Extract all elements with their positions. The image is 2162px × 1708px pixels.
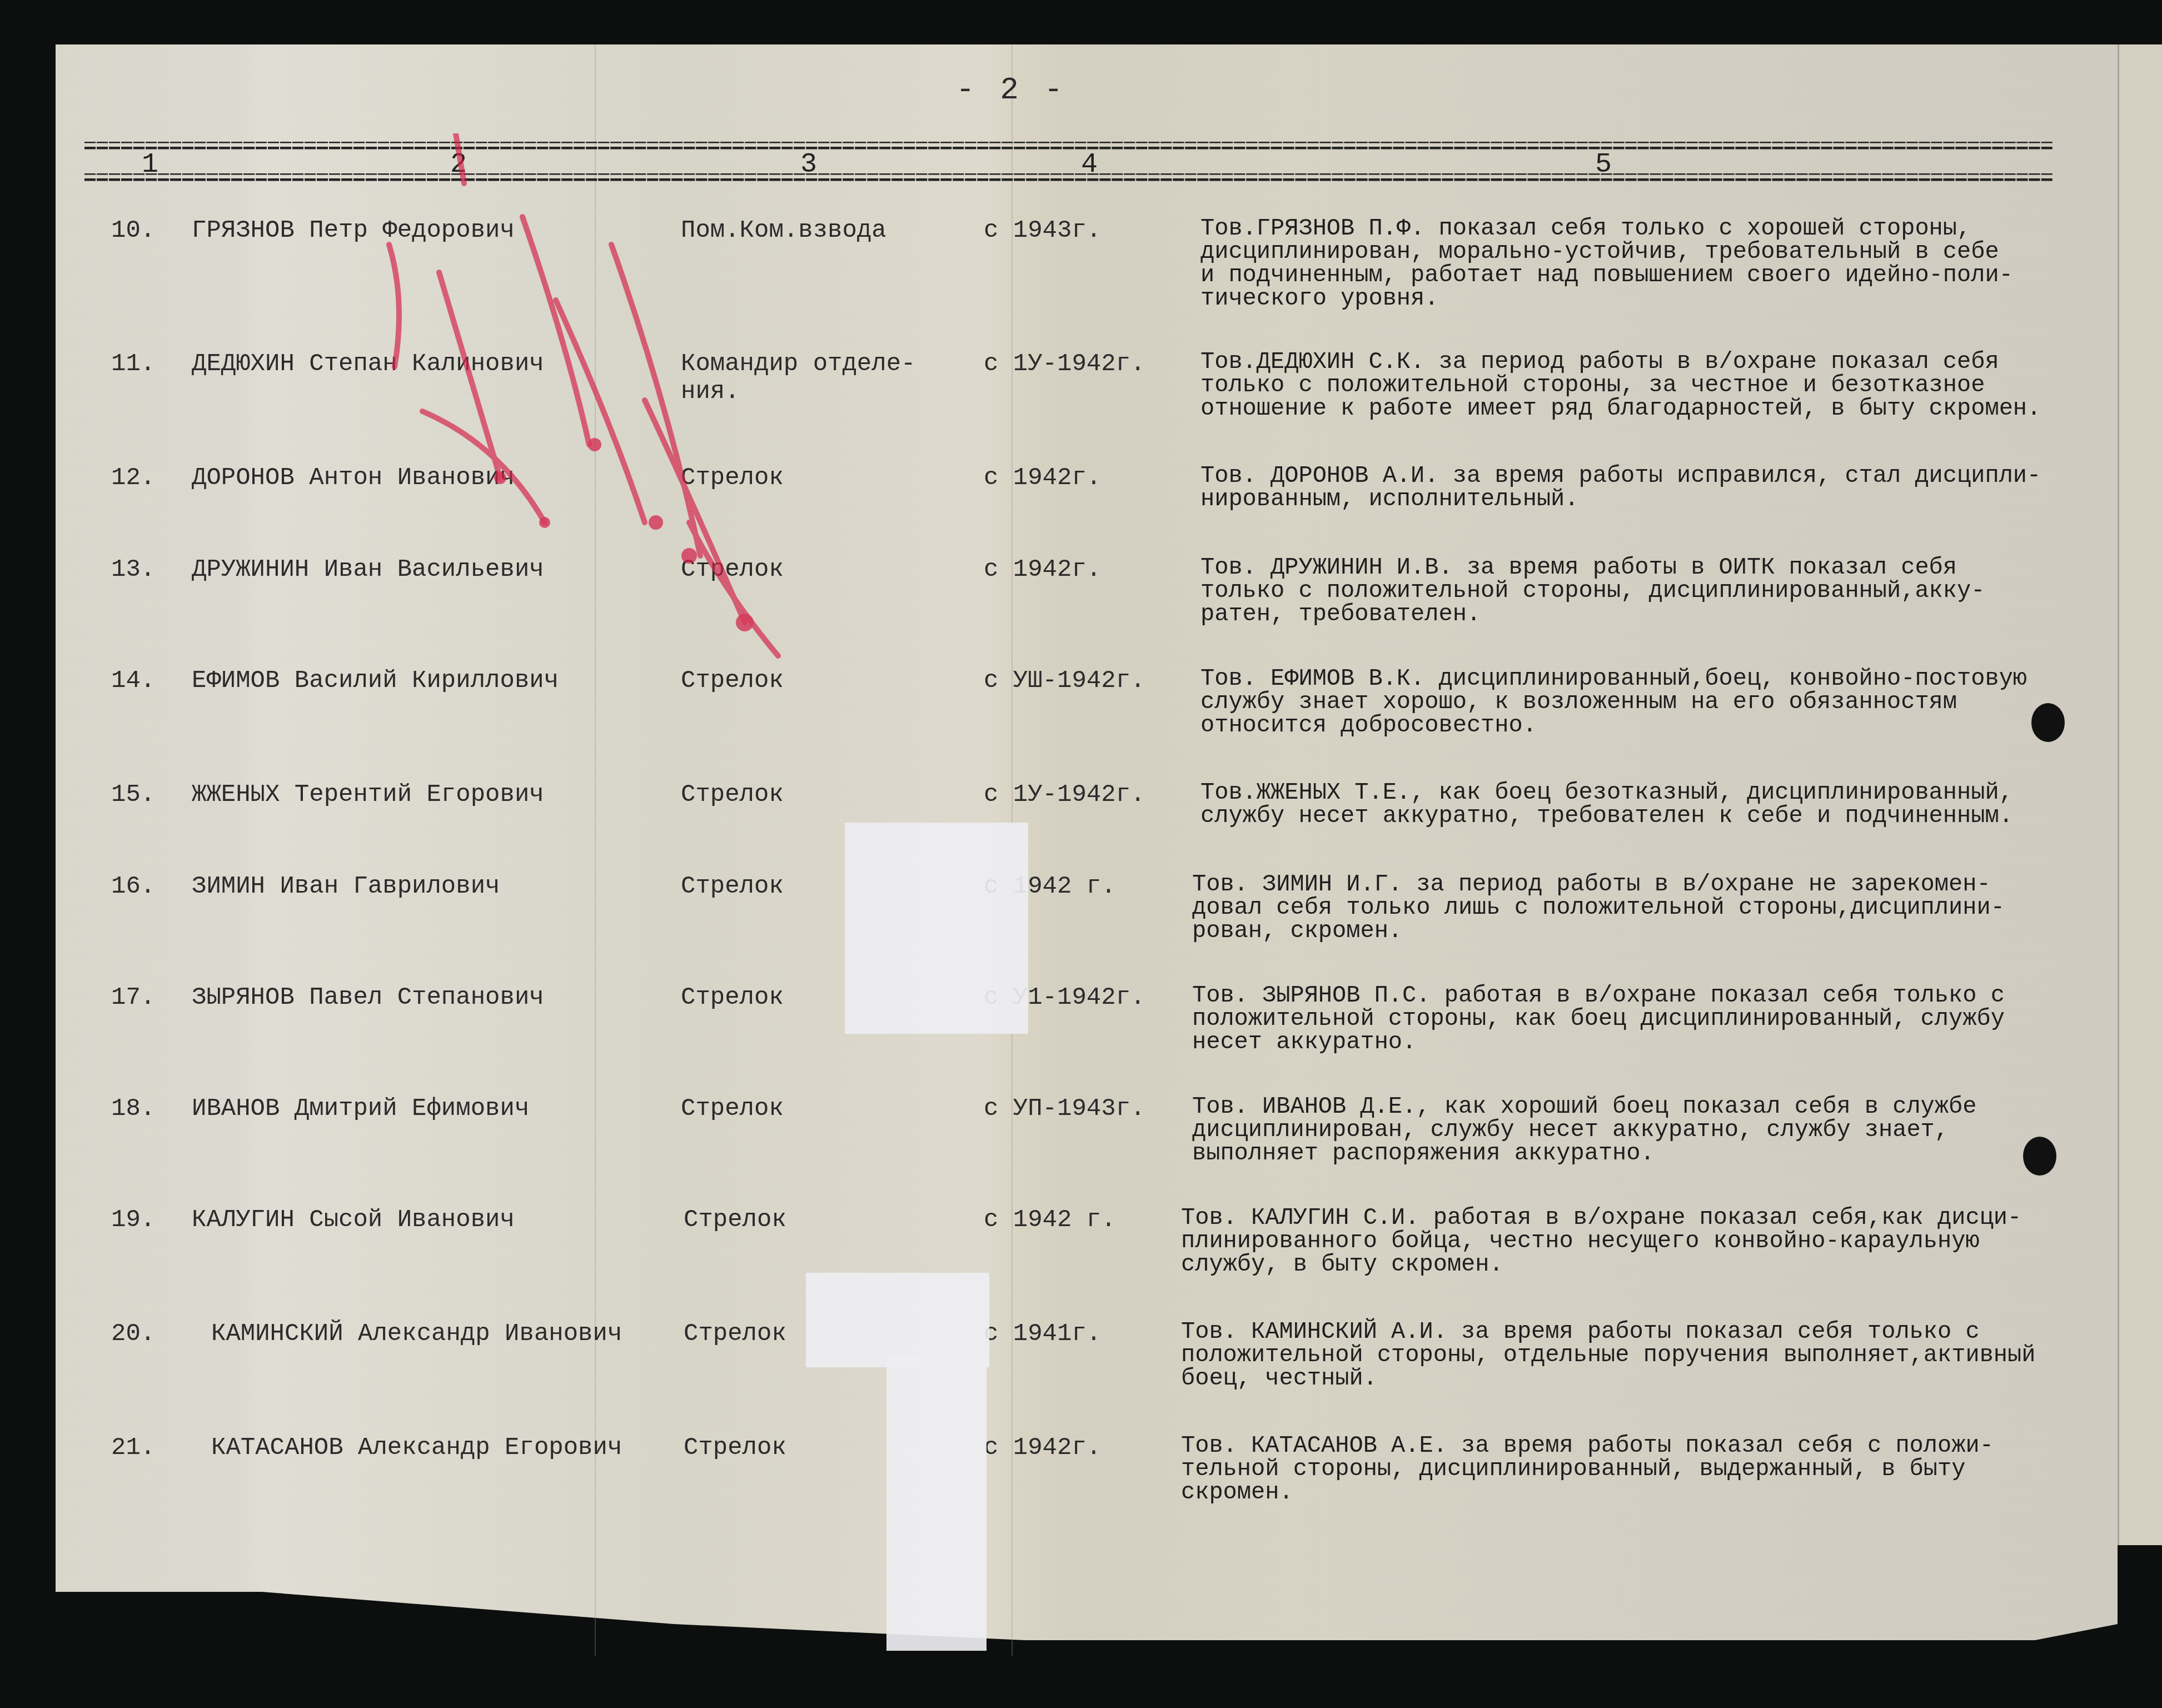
position: Пом.Ком.взвода	[681, 217, 886, 245]
person-name: КАЛУГИН Сысой Иванович	[192, 1206, 515, 1234]
position: Стрелок	[681, 781, 784, 809]
service-since: с 1942г.	[984, 556, 1101, 584]
position: Стрелок	[681, 984, 784, 1012]
characteristic: Тов.ЖЖЕНЫХ Т.Е., как боец безотказный, д…	[1200, 781, 2123, 828]
row-number: 16.	[111, 873, 155, 900]
position: Стрелок	[681, 667, 784, 695]
row-number: 17.	[111, 984, 155, 1012]
characteristic: Тов. КАЛУГИН С.И. работая в в/охране пок…	[1181, 1206, 2104, 1276]
person-name: ДРУЖИНИН Иван Васильевич	[192, 556, 544, 584]
characteristic: Тов. ДОРОНОВ А.И. за время работы исправ…	[1200, 464, 2123, 511]
characteristic: Тов. ИВАНОВ Д.Е., как хороший боец показ…	[1192, 1095, 2115, 1165]
row-number: 21.	[111, 1434, 155, 1462]
tape-patch	[845, 823, 1028, 1034]
characteristic: Тов. КАМИНСКИЙ А.И. за время работы пока…	[1181, 1320, 2104, 1390]
position: Командир отделе- ния.	[681, 350, 915, 406]
characteristic: Тов.ДЕДЮХИН С.К. за период работы в в/ох…	[1200, 350, 2123, 420]
row-number: 19.	[111, 1206, 155, 1234]
adjacent-page-edge	[2118, 44, 2162, 1545]
row-number: 20.	[111, 1320, 155, 1348]
person-name: ЖЖЕНЫХ Терентий Егорович	[192, 781, 544, 809]
service-since: с 1У-1942г.	[984, 350, 1145, 378]
service-since: с 1У-1942г.	[984, 781, 1145, 809]
position: Стрелок	[681, 873, 784, 900]
service-since: с 1942г.	[984, 464, 1101, 492]
characteristic: Тов.ГРЯЗНОВ П.Ф. показал себя только с х…	[1200, 217, 2123, 310]
person-name: ДОРОНОВ Антон Иванович	[192, 464, 515, 492]
person-name: ЗЫРЯНОВ Павел Степанович	[192, 984, 544, 1012]
characteristic: Тов. КАТАСАНОВ А.Е. за время работы пока…	[1181, 1434, 2104, 1504]
service-since: с УШ-1942г.	[984, 667, 1145, 695]
row-number: 13.	[111, 556, 155, 584]
tape-patch	[806, 1273, 989, 1367]
position: Стрелок	[684, 1206, 786, 1234]
service-since: с УП-1943г.	[984, 1095, 1145, 1123]
person-name: КАТАСАНОВ Александр Егорович	[211, 1434, 622, 1462]
position: Стрелок	[684, 1434, 786, 1462]
position: Стрелок	[681, 464, 784, 492]
position: Стрелок	[681, 1095, 784, 1123]
row-number: 12.	[111, 464, 155, 492]
row-number: 11.	[111, 350, 155, 378]
person-name: ГРЯЗНОВ Петр Федорович	[192, 217, 515, 245]
person-name: ИВАНОВ Дмитрий Ефимович	[192, 1095, 529, 1123]
characteristic: Тов. ЗИМИН И.Г. за период работы в в/охр…	[1192, 873, 2115, 943]
page-number: - 2 -	[956, 72, 1066, 108]
person-name: ЕФИМОВ Василий Кириллович	[192, 667, 559, 695]
service-since: с 1943г.	[984, 217, 1101, 245]
fold-line	[595, 44, 596, 1656]
service-since: с 1941г.	[984, 1320, 1101, 1348]
characteristic: Тов. ЗЫРЯНОВ П.С. работая в в/охране пок…	[1192, 984, 2115, 1054]
row-number: 18.	[111, 1095, 155, 1123]
ink-blot	[2023, 1137, 2056, 1176]
tape-patch	[886, 1356, 987, 1651]
person-name: ДЕДЮХИН Степан Калинович	[192, 350, 544, 378]
row-number: 14.	[111, 667, 155, 695]
row-number: 15.	[111, 781, 155, 809]
characteristic: Тов. ЕФИМОВ В.К. дисциплинированный,боец…	[1200, 667, 2123, 737]
header-rule-bottom: ========================================…	[83, 173, 2101, 186]
person-name: КАМИНСКИЙ Александр Иванович	[211, 1320, 622, 1348]
service-since: с 1942 г.	[984, 1206, 1116, 1234]
person-name: ЗИМИН Иван Гаврилович	[192, 873, 500, 900]
position: Стрелок	[681, 556, 784, 584]
row-number: 10.	[111, 217, 155, 245]
service-since: с 1942г.	[984, 1434, 1101, 1462]
characteristic: Тов. ДРУЖИНИН И.В. за время работы в ОИТ…	[1200, 556, 2123, 626]
position: Стрелок	[684, 1320, 786, 1348]
ink-blot	[2031, 703, 2065, 742]
